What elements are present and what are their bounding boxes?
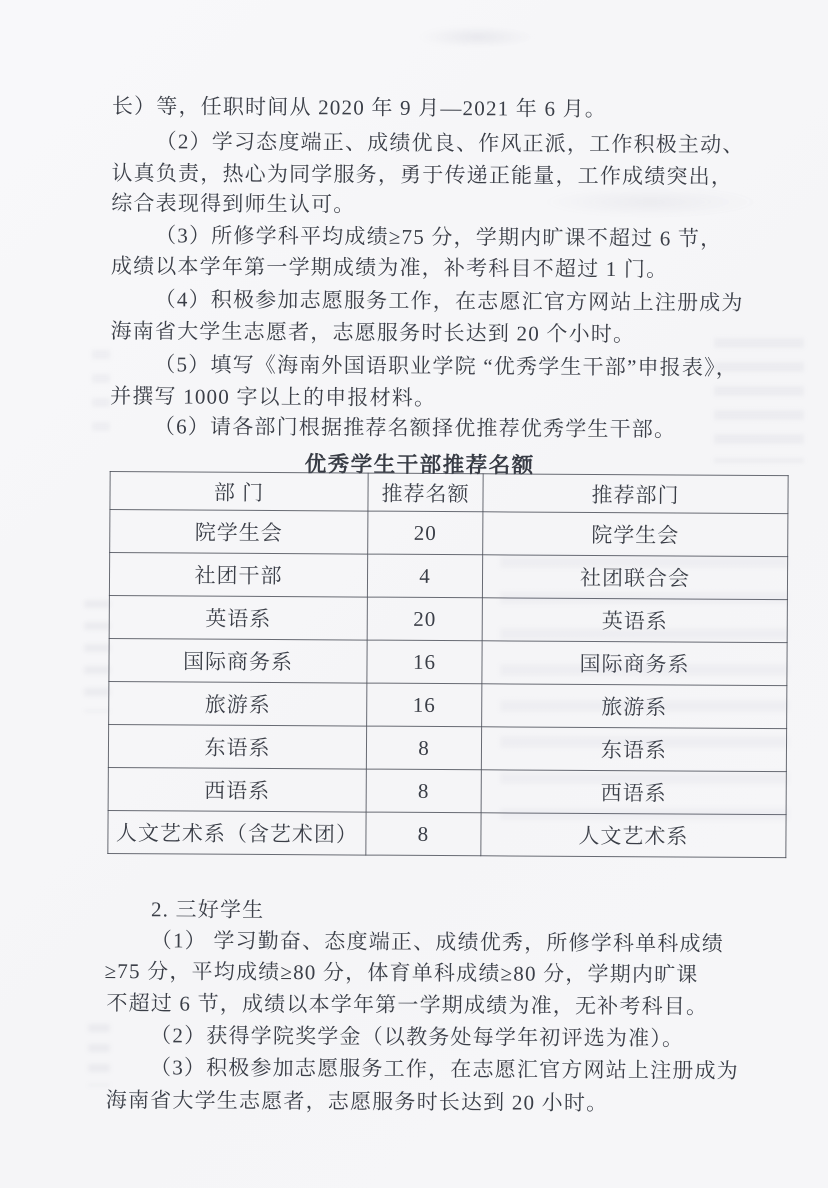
table-header-cell: 推荐名额: [368, 473, 483, 512]
table-row: 人文艺术系（含艺术团） 8 人文艺术系: [108, 811, 786, 858]
table-row: 东语系 8 东语系: [108, 725, 786, 772]
table-header-cell: 部 门: [110, 472, 368, 512]
quota-cell: 4: [367, 554, 482, 598]
recommending-department-cell: 人文艺术系: [481, 813, 786, 858]
text-line: 海南省大学生志愿者，志愿服务时长达到 20 小时。: [106, 1087, 609, 1116]
text-line: （1） 学习勤奋、态度端正、成绩优秀，所修学科单科成绩: [151, 927, 724, 957]
recommending-department-cell: 英语系: [482, 598, 787, 643]
text-line: 成绩以本学年第一学期成绩为准，补考科目不超过 1 门。: [111, 253, 669, 282]
text-line: （4）积极参加志愿服务工作，在志愿汇官方网站上注册成为: [155, 286, 744, 316]
quota-cell: 8: [366, 726, 481, 770]
table-row: 院学生会 20 院学生会: [110, 510, 788, 557]
text-line: 认真负责，热心为同学服务，勇于传递正能量，工作成绩突出，: [111, 160, 733, 190]
text-line: 海南省大学生志愿者，志愿服务时长达到 20 个小时。: [110, 318, 635, 347]
department-cell: 社团干部: [109, 553, 367, 598]
text-line: 不超过 6 节，成绩以本学年第一学期成绩为准，无补考科目。: [106, 990, 708, 1020]
department-cell: 东语系: [108, 725, 366, 770]
quota-cell: 20: [368, 511, 483, 555]
department-cell: 人文艺术系（含艺术团）: [108, 811, 366, 856]
table-header-row: 部 门 推荐名额 推荐部门: [110, 472, 788, 514]
recommending-department-cell: 国际商务系: [482, 641, 787, 686]
table-header-cell: 推荐部门: [483, 474, 788, 514]
text-line: 综合表现得到师生认可。: [111, 190, 355, 217]
department-cell: 旅游系: [109, 682, 367, 727]
recommending-department-cell: 东语系: [481, 727, 786, 772]
quota-cell: 20: [367, 597, 482, 641]
text-line: 长）等，任职时间从 2020 年 9 月—2021 年 6 月。: [112, 93, 607, 122]
text-line: （3）所修学科平均成绩≥75 分，学期内旷课不超过 6 节，: [155, 222, 722, 251]
quota-table: 部 门 推荐名额 推荐部门 院学生会 20 院学生会 社团干部 4 社团联合会 …: [107, 471, 788, 858]
table-row: 国际商务系 16 国际商务系: [109, 639, 787, 686]
table-row: 西语系 8 西语系: [108, 768, 786, 815]
document-content: 长）等，任职时间从 2020 年 9 月—2021 年 6 月。 （2）学习态度…: [0, 0, 828, 1188]
scanned-document-page: 长）等，任职时间从 2020 年 9 月—2021 年 6 月。 （2）学习态度…: [0, 0, 828, 1188]
department-cell: 国际商务系: [109, 639, 367, 684]
department-cell: 西语系: [108, 768, 366, 813]
department-cell: 英语系: [109, 596, 367, 641]
text-line: （2）学习态度端正、成绩优良、作风正派，工作积极主动、: [156, 128, 745, 158]
recommending-department-cell: 西语系: [481, 770, 786, 815]
text-line: 并撰写 1000 字以上的申报材料。: [110, 383, 436, 411]
recommending-department-cell: 旅游系: [482, 684, 787, 729]
department-cell: 院学生会: [110, 510, 368, 555]
recommending-department-cell: 社团联合会: [482, 555, 787, 600]
table-row: 旅游系 16 旅游系: [109, 682, 787, 729]
quota-cell: 16: [367, 683, 482, 727]
table-row: 英语系 20 英语系: [109, 596, 787, 643]
quota-cell: 16: [367, 640, 482, 684]
quota-cell: 8: [366, 812, 481, 856]
text-line: （2）获得学院奖学金（以教务处每学年初评选为准）。: [150, 1022, 684, 1051]
text-line: （6）请各部门根据推荐名额择优推荐优秀学生干部。: [154, 413, 676, 442]
text-line: ≥75 分，平均成绩≥80 分，体育单科成绩≥80 分，学期内旷课: [105, 958, 699, 988]
recommending-department-cell: 院学生会: [483, 512, 788, 557]
text-line: （5）填写《海南外国语职业学院 “优秀学生干部”申报表》，: [154, 351, 738, 381]
quota-cell: 8: [366, 769, 481, 813]
text-line: （3）积极参加志愿服务工作，在志愿汇官方网站上注册成为: [150, 1054, 739, 1084]
section-heading: 2. 三好学生: [151, 896, 265, 923]
table-row: 社团干部 4 社团联合会: [109, 553, 787, 600]
